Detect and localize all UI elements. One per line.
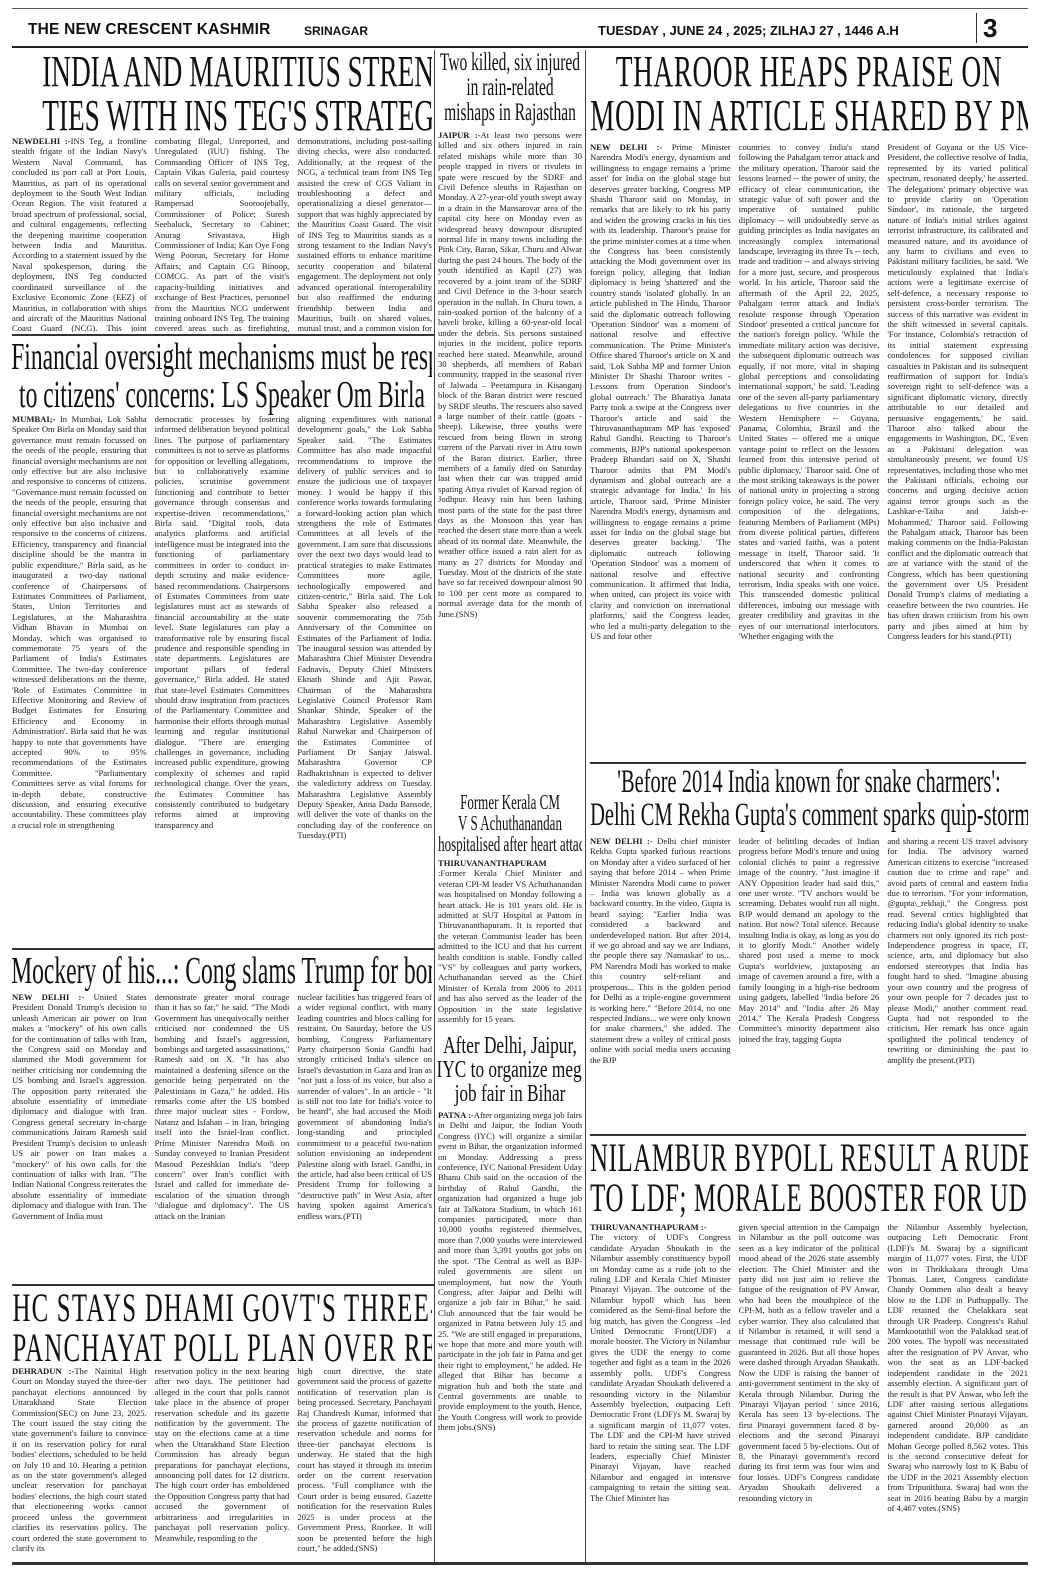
headline: Former Kerala CM V S Achuthanandan hospi… xyxy=(438,792,582,858)
story-birla: Financial oversight mechanisms must be r… xyxy=(12,338,432,944)
dateline: THIRUVANANTHAPURAM xyxy=(438,858,582,868)
article-body: PATNA :-After organizing mega job fairs … xyxy=(438,1110,582,1556)
headline: Financial oversight mechanisms must be r… xyxy=(12,338,432,414)
article-body: DEHRADUN :-The Nainital High Court on Mo… xyxy=(12,1366,432,1552)
newspaper-name: THE NEW CRESCENT KASHMIR xyxy=(28,21,270,39)
story-achuthanandan: Former Kerala CM V S Achuthanandan hospi… xyxy=(438,792,582,1032)
edition-city: SRINAGAR xyxy=(304,24,368,38)
column-divider xyxy=(434,50,435,1562)
headline: THAROOR HEAPS PRAISE ON MODI IN ARTICLE … xyxy=(590,50,1028,142)
section-divider xyxy=(590,1134,1026,1136)
article-body: MUMBAI;- In Mumbai, Lok Sabha Speaker Om… xyxy=(12,414,432,938)
masthead: THE NEW CRESCENT KASHMIR SRINAGAR TUESDA… xyxy=(12,8,1028,48)
dateline: PATNA :- xyxy=(438,1110,474,1120)
dateline: NEW DELHI :- xyxy=(12,992,84,1002)
dateline: JAIPUR :- xyxy=(438,130,481,140)
dateline: THIRUVANANTHAPURAM :- xyxy=(590,1222,731,1232)
story-mauritius: INDIA AND MAURITIUS STRENGTHEN NAVAL TIE… xyxy=(12,50,432,334)
page-number: 3 xyxy=(976,13,997,43)
column-divider xyxy=(585,50,586,1562)
headline: After Delhi, Jaipur, IYC to organize meg… xyxy=(438,1034,582,1110)
article-body: NEW DELHI :- Delhi chief minister Rekha … xyxy=(590,836,1028,1126)
story-dhami: HC STAYS DHAMI GOVT'S THREE-TIER PANCHAY… xyxy=(12,1288,432,1560)
section-divider xyxy=(12,948,434,950)
dateline: NEW DELHI :- xyxy=(590,836,653,846)
article-body: NEWDELHI :-INS Teg, a frontline stealth … xyxy=(12,136,432,332)
headline: NILAMBUR BYPOLL RESULT A RUDE JOLT TO LD… xyxy=(590,1138,1028,1222)
headline: HC STAYS DHAMI GOVT'S THREE-TIER PANCHAY… xyxy=(12,1288,431,1366)
article-body: THIRUVANANTHAPURAM :-The victory of UDF'… xyxy=(590,1222,1028,1556)
headline: 'Before 2014 India known for snake charm… xyxy=(590,766,1028,836)
page-bottom-rule xyxy=(12,1562,1028,1565)
article-body: NEW DELHI :- United States President Don… xyxy=(12,992,432,1272)
article-body: NEW DELHI :- Prime Minister Narendra Mod… xyxy=(590,142,1028,752)
article-body: THIRUVANANTHAPURAM:Former Kerala Chief M… xyxy=(438,858,582,1028)
story-nilambur: NILAMBUR BYPOLL RESULT A RUDE JOLT TO LD… xyxy=(590,1138,1028,1560)
headline: Mockery of his...: Cong slams Trump for … xyxy=(12,952,432,992)
headline: INDIA AND MAURITIUS STRENGTHEN NAVAL TIE… xyxy=(42,50,402,136)
article-body: JAIPUR :-At least two persons were kille… xyxy=(438,130,582,786)
story-rajasthan: Two killed, six injured in rain-related … xyxy=(438,50,582,790)
story-tharoor: THAROOR HEAPS PRAISE ON MODI IN ARTICLE … xyxy=(590,50,1028,760)
story-rekha-gupta: 'Before 2014 India known for snake charm… xyxy=(590,766,1028,1132)
section-divider xyxy=(12,334,434,336)
dateline: NEW DELHI :- xyxy=(590,142,662,152)
story-trump-iran: Mockery of his...: Cong slams Trump for … xyxy=(12,952,432,1278)
section-divider xyxy=(12,1284,434,1286)
section-divider xyxy=(590,762,1026,764)
story-iyc-job-fair: After Delhi, Jaipur, IYC to organize meg… xyxy=(438,1034,582,1560)
issue-date: TUESDAY , JUNE 24 , 2025; ZILHAJ 27 , 14… xyxy=(598,23,899,38)
headline: Two killed, six injured in rain-related … xyxy=(438,50,582,130)
